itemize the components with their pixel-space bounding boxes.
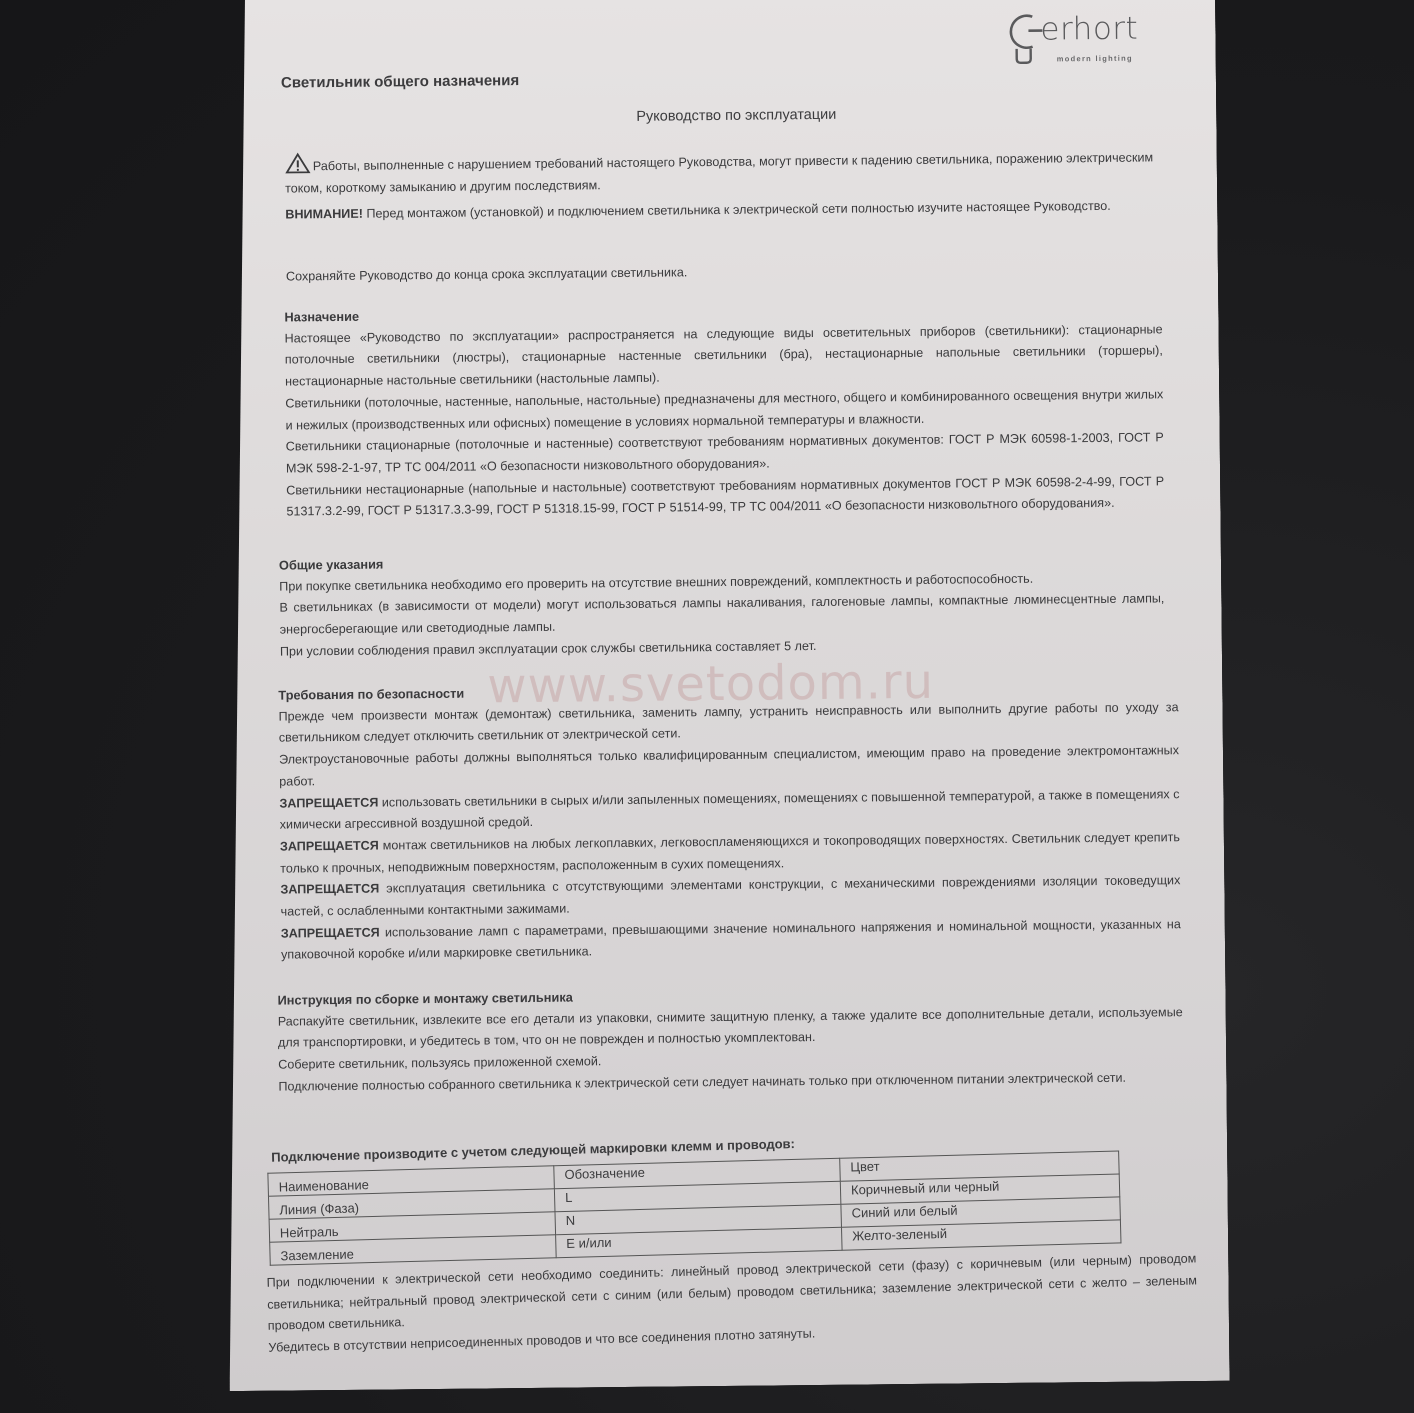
instruction-sheet: erhort modern lighting Светильник общего… [215, 0, 1230, 1391]
attention-label: ВНИМАНИЕ! [285, 207, 363, 222]
section-assembly: Инструкция по сборке и монтажу светильни… [277, 980, 1183, 1098]
prohibition-text: использование ламп с параметрами, превыш… [281, 917, 1181, 962]
prohibition-text: эксплуатация светильника с отсутствующим… [281, 874, 1181, 919]
paragraph: Настоящее «Руководство по эксплуатации» … [285, 319, 1164, 393]
attention-block: ВНИМАНИЕ! Перед монтажом (установкой) и … [285, 195, 1160, 226]
lightbulb-logo-icon [1002, 11, 1047, 75]
warning-triangle-icon [285, 152, 311, 174]
brand-tagline: modern lighting [1057, 54, 1133, 64]
section-wiring-notes: При подключении к электрической сети нео… [266, 1248, 1198, 1359]
prohibited-label: ЗАПРЕЩАЕТСЯ [280, 882, 379, 897]
keep-manual-text: Сохраняйте Руководство до конца срока эк… [286, 257, 1166, 288]
prohibited-label: ЗАПРЕЩАЕТСЯ [280, 838, 379, 853]
document-title: Светильник общего назначения [281, 72, 519, 91]
prohibited-label: ЗАПРЕЩАЕТСЯ [279, 795, 378, 810]
wiring-table: Наименование Обозначение Цвет Линия (Фаз… [267, 1150, 1121, 1265]
document-subtitle: Руководство по эксплуатации [216, 103, 1216, 129]
prohibited-label: ЗАПРЕЩАЕТСЯ [281, 925, 380, 940]
keep-manual-note: Сохраняйте Руководство до конца срока эк… [286, 257, 1166, 288]
paragraph: Светильники нестационарные (напольные и … [286, 471, 1164, 524]
prohibition-text: монтаж светильников на любых легкоплавки… [280, 830, 1180, 875]
warning-text: Работы, выполненные с нарушением требова… [285, 150, 1153, 195]
section-general: Общие указания При покупке светильника н… [279, 545, 1165, 663]
section-purpose: Назначение Настоящее «Руководство по экс… [284, 297, 1164, 523]
section-safety: Требования по безопасности Прежде чем пр… [278, 675, 1181, 967]
gerhort-logo: erhort modern lighting [1002, 10, 1138, 75]
warning-block: Работы, выполненные с нарушением требова… [285, 143, 1160, 200]
attention-text: Перед монтажом (установкой) и подключени… [363, 199, 1111, 221]
prohibition: ЗАПРЕЩАЕТСЯ использование ламп с парамет… [281, 914, 1181, 967]
prohibition-text: использовать светильники в сырых и/или з… [280, 787, 1180, 832]
brand-name: erhort [1040, 14, 1138, 46]
